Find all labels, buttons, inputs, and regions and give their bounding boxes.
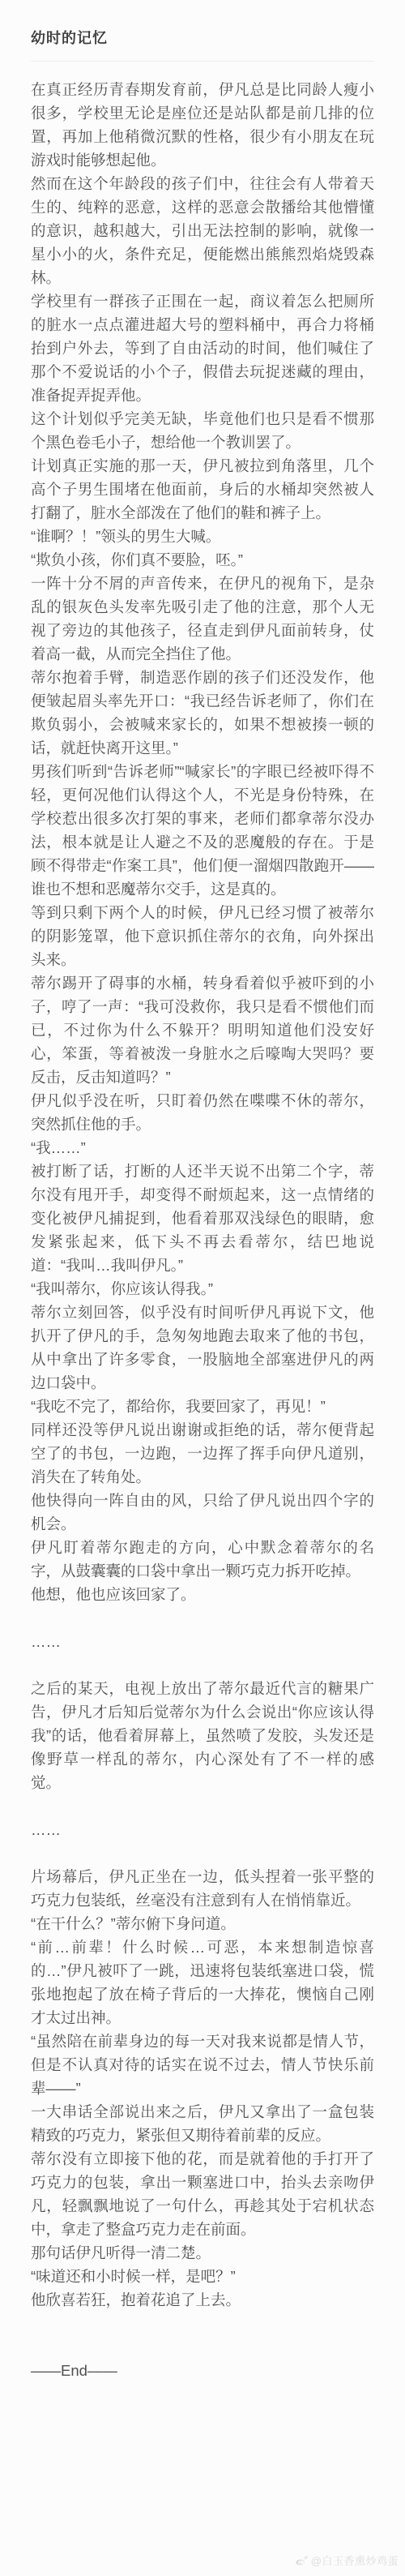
paragraph: 一大串话全部说出来之后，伊凡又拿出了一盒包装精致的巧克力，紧张但又期待着前辈的反… — [31, 2100, 374, 2147]
paragraph: 一阵十分不屑的声音传来，在伊凡的视角下，是杂乱的银灰色头发率先吸引走了他的注意，… — [31, 572, 374, 666]
paragraph: “欺负小孩，你们真不要脸，呸。” — [31, 548, 374, 572]
paragraph: 蒂尔踢开了碍事的水桶，转身看着似乎被吓到的小子，哼了一声：“我可没救你，我只是看… — [31, 971, 374, 1089]
paragraph: 片场幕后，伊凡正坐在一边，低头捏着一张平整的巧克力包装纸，丝毫没有注意到有人在悄… — [31, 1865, 374, 1912]
header: 幼时的记忆 — [0, 0, 405, 62]
paragraph: 他欣喜若狂，抱着花追了上去。 — [31, 2288, 374, 2312]
paragraph: “味道还和小时候一样，是吧？” — [31, 2265, 374, 2288]
paragraph: 在真正经历青春期发育前，伊凡总是比同龄人瘦小很多，学校里无论是座位还是站队都是前… — [31, 78, 374, 172]
paragraph: 蒂尔立刻回答，似乎没有时间听伊凡再说下文，他扒开了伊凡的手，急匆匆地跑去取来了他… — [31, 1301, 374, 1395]
weibo-icon — [295, 2555, 308, 2566]
paragraph: 被打断了话，打断的人还半天说不出第二个字，蒂尔没有甩开手，却变得不耐烦起来，这一… — [31, 1159, 374, 1277]
separator: …… — [31, 1630, 374, 1653]
paragraph: “我……” — [31, 1136, 374, 1159]
paragraph: 学校里有一群孩子正围在一起，商议着怎么把厕所的脏水一点点灌进超大号的塑料桶中，再… — [31, 289, 374, 407]
paragraph: 同样还没等伊凡说出谢谢或拒绝的话，蒂尔便背起空了的书包，一边跑，一边挥了挥手向伊… — [31, 1418, 374, 1489]
paragraph: 伊凡盯着蒂尔跑走的方向，心中默念着蒂尔的名字，从鼓囊囊的口袋中拿出一颗巧克力拆开… — [31, 1536, 374, 1583]
paragraph: “我叫蒂尔，你应该认得我。” — [31, 1277, 374, 1301]
paragraph: “前…前辈！什么时候…可恶，本来想制造惊喜的…”伊凡被吓了一跳，迅速将包装纸塞进… — [31, 1935, 374, 2030]
paragraph: 他快得向一阵自由的风，只给了伊凡说出四个字的机会。 — [31, 1489, 374, 1536]
paragraph: “我吃不完了，都给你，我要回家了，再见！” — [31, 1395, 374, 1418]
paragraph: 蒂尔抱着手臂，制造恶作剧的孩子们还没发作，他便皱起眉头率先开口：“我已经告诉老师… — [31, 666, 374, 760]
paragraph: 之后的某天，电视上放出了蒂尔最近代言的糖果广告，伊凡才后知后觉蒂尔为什么会说出“… — [31, 1677, 374, 1794]
article-page: 幼时的记忆 在真正经历青春期发育前，伊凡总是比同龄人瘦小很多，学校里无论是座位还… — [0, 0, 405, 2576]
paragraph: 然而在这个年龄段的孩子们中，往往会有人带着天生的、纯粹的恶意，这样的恶意会散播给… — [31, 172, 374, 289]
paragraph: 这个计划似乎完美无缺，毕竟他们也只是看不惯那个黑色卷毛小子，想给他一个教训罢了。 — [31, 407, 374, 454]
paragraph: 他想，他也应该回家了。 — [31, 1583, 374, 1606]
page-title: 幼时的记忆 — [31, 29, 374, 47]
paragraph: “在干什么？”蒂尔俯下身问道。 — [31, 1912, 374, 1935]
paragraph: “谁啊？！”领头的男生大喊。 — [31, 525, 374, 548]
watermark: @白玉香熏炒鸡蛋 — [295, 2552, 399, 2568]
paragraph: 蒂尔没有立即接下他的花，而是就着他的手打开了巧克力的包装，拿出一颗塞进口中，抬头… — [31, 2147, 374, 2241]
paragraph: 伊凡似乎没在听，只盯着仍然在喋喋不休的蒂尔，突然抓住他的手。 — [31, 1089, 374, 1136]
paragraph: 男孩们听到“告诉老师”“喊家长”的字眼已经被吓得不轻，更何况他们认得这个人，不光… — [31, 760, 374, 901]
paragraph: 计划真正实施的那一天，伊凡被拉到角落里，几个高个子男生围堵在他面前，身后的水桶却… — [31, 454, 374, 525]
paragraph: “虽然陪在前辈身边的每一天对我来说都是情人节，但是不认真对待的话实在说不过去，情… — [31, 2030, 374, 2100]
end-mark: ——End—— — [31, 2359, 374, 2382]
watermark-text: @白玉香熏炒鸡蛋 — [311, 2552, 399, 2568]
paragraph: 那句话伊凡听得一清二楚。 — [31, 2241, 374, 2265]
article: 在真正经历青春期发育前，伊凡总是比同龄人瘦小很多，学校里无论是座位还是站队都是前… — [0, 62, 405, 2382]
paragraph: 等到只剩下两个人的时候，伊凡已经习惯了被蒂尔的阴影笼罩，他下意识抓住蒂尔的衣角，… — [31, 901, 374, 971]
separator: …… — [31, 1818, 374, 1841]
